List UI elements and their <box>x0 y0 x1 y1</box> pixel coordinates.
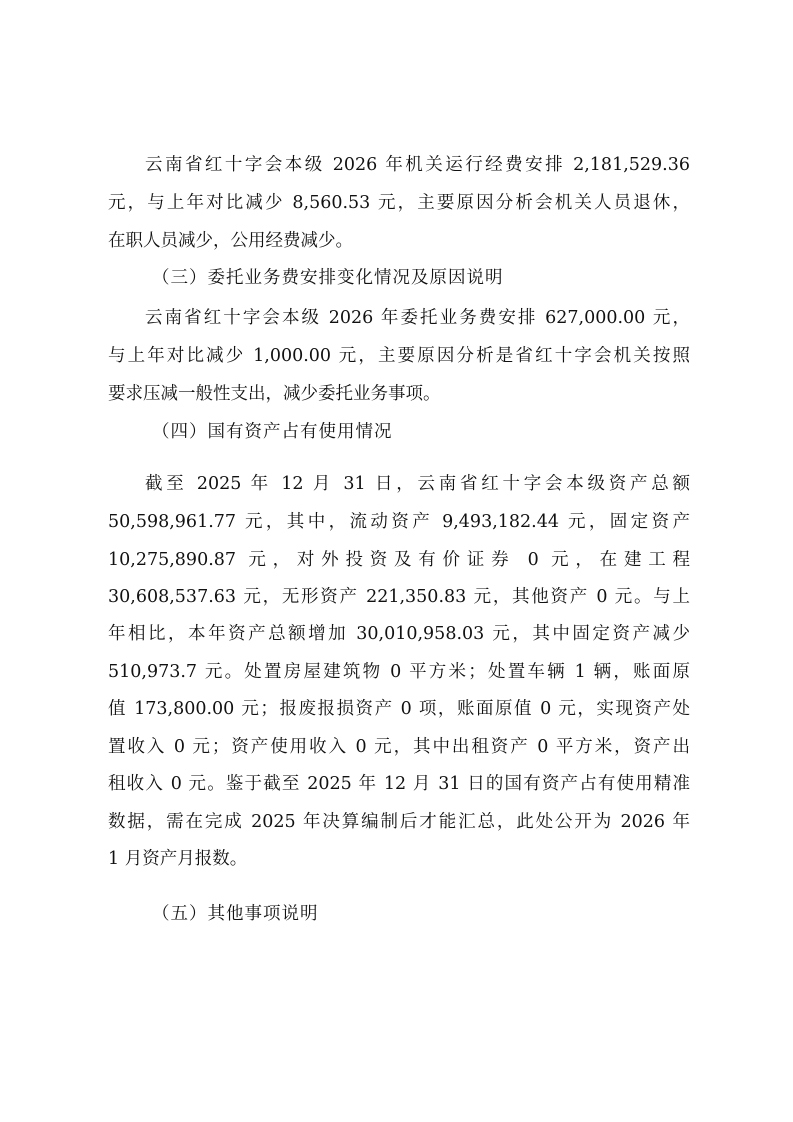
text-line: 10,275,890.87 元，对外投资及有价证券 0 元，在建工程 <box>108 548 690 572</box>
text-line: 年相比，本年资产总额增加 30,010,958.03 元，其中固定资产减少 <box>108 622 690 646</box>
text-line: 30,608,537.63 元，无形资产 221,350.83 元，其他资产 0… <box>108 585 690 609</box>
text-line: 数据，需在完成 2025 年决算编制后才能汇总，此处公开为 2026 年 <box>108 810 690 834</box>
text-line: 50,598,961.77 元，其中，流动资产 9,493,182.44 元，固… <box>108 510 690 534</box>
text-line: 元，与上年对比减少 8,560.53 元，主要原因分析会机关人员退休， <box>108 191 690 215</box>
text-line: 510,973.7 元。处置房屋建筑物 0 平方米；处置车辆 1 辆，账面原 <box>108 660 690 684</box>
section-heading-other-matters: （五）其他事项说明 <box>152 902 319 926</box>
text-line: 云南省红十字会本级 2026 年机关运行经费安排 2,181,529.36 <box>145 153 690 177</box>
text-line: 与上年对比减少 1,000.00 元，主要原因分析是省红十字会机关按照 <box>108 344 690 368</box>
text-line: 在职人员减少，公用经费减少。 <box>108 229 690 253</box>
section-heading-entrusted-business: （三）委托业务费安排变化情况及原因说明 <box>152 266 504 290</box>
text-line: 值 173,800.00 元；报废报损资产 0 项，账面原值 0 元，实现资产处 <box>108 697 690 721</box>
text-line: 置收入 0 元；资产使用收入 0 元，其中出租资产 0 平方米，资产出 <box>108 735 690 759</box>
document-page: 云南省红十字会本级 2026 年机关运行经费安排 2,181,529.36 元，… <box>0 0 793 1122</box>
text-line: 1 月资产月报数。 <box>108 847 690 871</box>
text-line: 要求压减一般性支出，减少委托业务事项。 <box>108 382 690 406</box>
text-line: 截至 2025 年 12 月 31 日，云南省红十字会本级资产总额 <box>145 472 690 496</box>
section-heading-state-assets: （四）国有资产占有使用情况 <box>152 420 393 444</box>
text-line: 云南省红十字会本级 2026 年委托业务费安排 627,000.00 元， <box>145 306 690 330</box>
text-line: 租收入 0 元。鉴于截至 2025 年 12 月 31 日的国有资产占有使用精准 <box>108 772 690 796</box>
